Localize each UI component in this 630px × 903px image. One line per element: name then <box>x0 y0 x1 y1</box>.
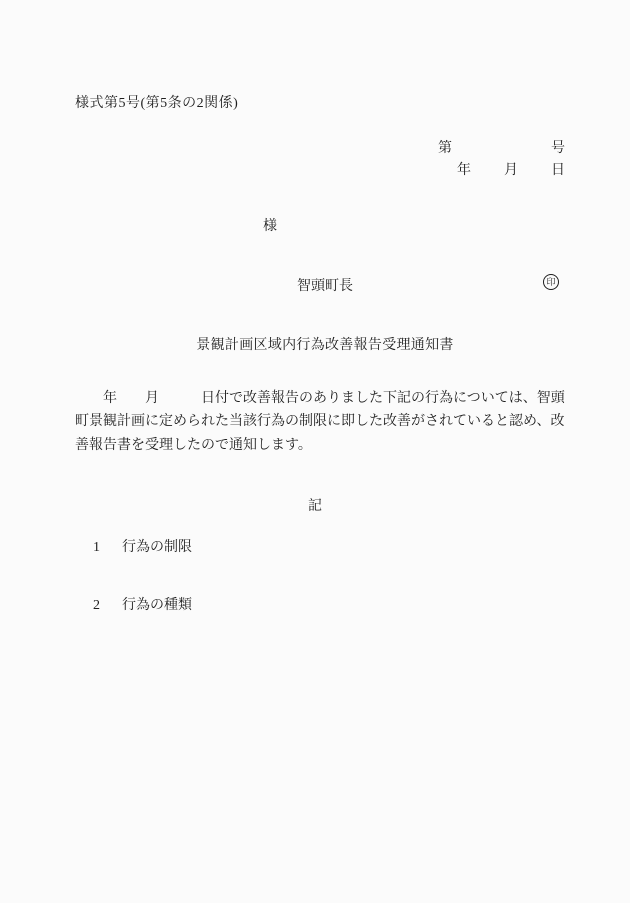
item-2-label: 行為の種類 <box>122 594 192 614</box>
list-item: 1 行為の制限 <box>93 536 192 556</box>
document-title: 景観計画区域内行為改善報告受理通知書 <box>10 334 630 354</box>
addressee-honorific: 様 <box>263 215 277 235</box>
body-line-1: 年 月 日付で改善報告のありました下記の行為については、智頭 <box>75 387 569 410</box>
date-day-label: 日 <box>551 159 565 179</box>
body-line-2: 町景観計画に定められた当該行為の制限に即した改善がされていると認め、改 <box>75 410 569 433</box>
document-page: 様式第5号(第5条の2関係) 第 号 年 月 日 様 智頭町長 印 景観計画区域… <box>0 0 630 903</box>
body-paragraph: 年 月 日付で改善報告のありました下記の行為については、智頭 町景観計画に定めら… <box>75 387 569 457</box>
date-month-label: 月 <box>504 159 518 179</box>
body-line-3: 善報告書を受理したので通知します。 <box>75 434 569 457</box>
date-line: 年 月 日 <box>457 159 565 179</box>
record-marker: 記 <box>0 495 630 515</box>
list-item: 2 行為の種類 <box>93 594 192 614</box>
form-number-label: 様式第5号(第5条の2関係) <box>75 92 238 112</box>
doc-number-suffix: 号 <box>551 137 565 157</box>
seal-icon: 印 <box>543 274 559 290</box>
date-year-label: 年 <box>457 159 471 179</box>
item-2-number: 2 <box>93 598 106 614</box>
item-1-label: 行為の制限 <box>122 536 192 556</box>
issuer-name: 智頭町長 <box>297 275 353 295</box>
item-1-number: 1 <box>93 540 106 556</box>
seal-character: 印 <box>546 278 555 287</box>
doc-number-prefix: 第 <box>438 137 452 157</box>
doc-number-line: 第 号 <box>438 137 565 157</box>
